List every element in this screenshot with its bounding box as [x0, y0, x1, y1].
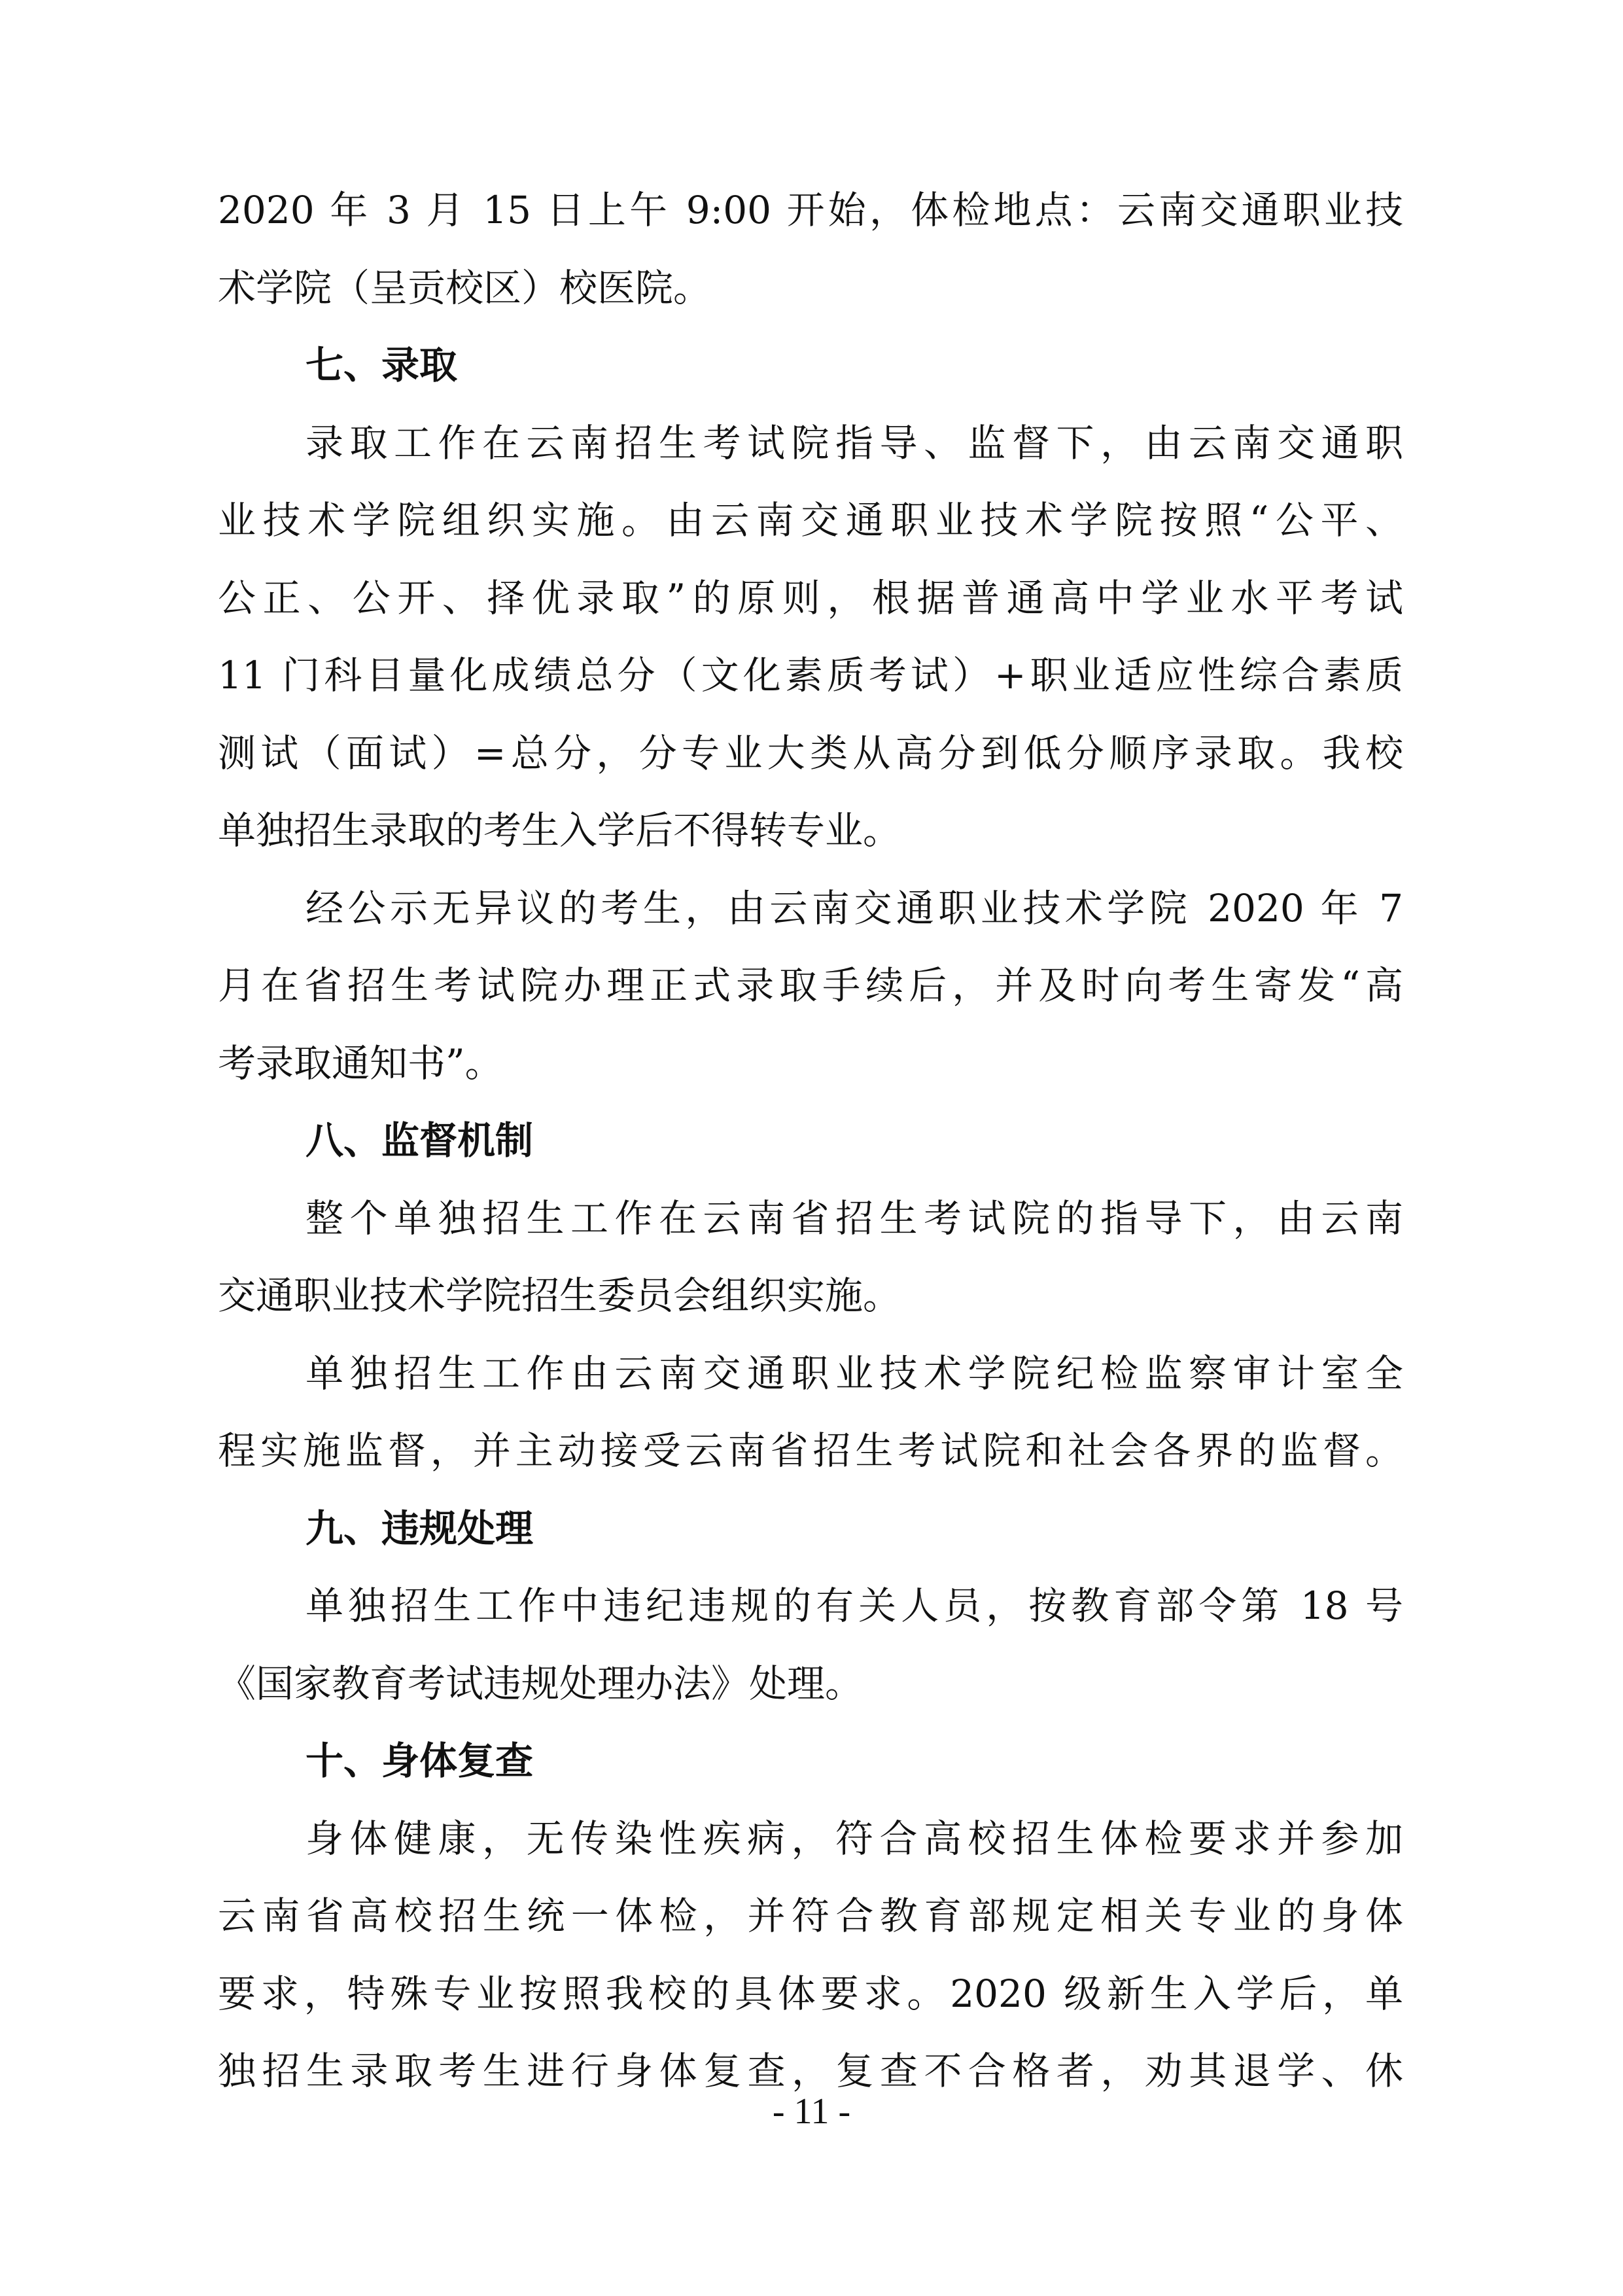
body-line: 整个单独招生工作在云南省招生考试院的指导下，由云南: [218, 1180, 1403, 1258]
body-line: 考录取通知书”。: [218, 1025, 1403, 1103]
body-line: 云南省高校招生统一体检，并符合教育部规定相关专业的身体: [218, 1877, 1403, 1955]
section-heading-physical-recheck: 十、身体复查: [218, 1722, 1403, 1800]
body-line: 术学院（呈贡校区）校医院。: [218, 249, 1403, 327]
section-heading-supervision: 八、监督机制: [218, 1102, 1403, 1180]
body-line: 测试（面试）=总分，分专业大类从高分到低分顺序录取。我校: [218, 715, 1403, 792]
body-line: 单独招生工作由云南交通职业技术学院纪检监察审计室全: [218, 1335, 1403, 1413]
body-line: 月在省招生考试院办理正式录取手续后，并及时向考生寄发“高: [218, 947, 1403, 1025]
body-line: 业技术学院组织实施。由云南交通职业技术学院按照“公平、: [218, 482, 1403, 559]
section-heading-violations: 九、违规处理: [218, 1490, 1403, 1568]
body-line: 《国家教育考试违规处理办法》处理。: [218, 1645, 1403, 1723]
body-line: 身体健康，无传染性疾病，符合高校招生体检要求并参加: [218, 1800, 1403, 1878]
body-line: 2020 年 3 月 15 日上午 9:00 开始，体检地点：云南交通职业技: [218, 171, 1403, 249]
body-line: 录取工作在云南招生考试院指导、监督下，由云南交通职: [218, 404, 1403, 482]
body-line: 经公示无异议的考生，由云南交通职业技术学院 2020 年 7: [218, 870, 1403, 947]
body-line: 要求，特殊专业按照我校的具体要求。2020 级新生入学后，单: [218, 1955, 1403, 2033]
body-line: 交通职业技术学院招生委员会组织实施。: [218, 1257, 1403, 1335]
body-line: 单独招生录取的考生入学后不得转专业。: [218, 792, 1403, 870]
page-number: - 11 -: [0, 2091, 1623, 2132]
body-line: 11 门科目量化成绩总分（文化素质考试）+职业适应性综合素质: [218, 637, 1403, 715]
document-page: 2020 年 3 月 15 日上午 9:00 开始，体检地点：云南交通职业技 术…: [218, 171, 1403, 2110]
body-line: 单独招生工作中违纪违规的有关人员，按教育部令第 18 号: [218, 1567, 1403, 1645]
body-line: 公正、公开、择优录取”的原则，根据普通高中学业水平考试: [218, 559, 1403, 637]
body-line: 程实施监督，并主动接受云南省招生考试院和社会各界的监督。: [218, 1412, 1403, 1490]
section-heading-admission: 七、录取: [218, 327, 1403, 404]
